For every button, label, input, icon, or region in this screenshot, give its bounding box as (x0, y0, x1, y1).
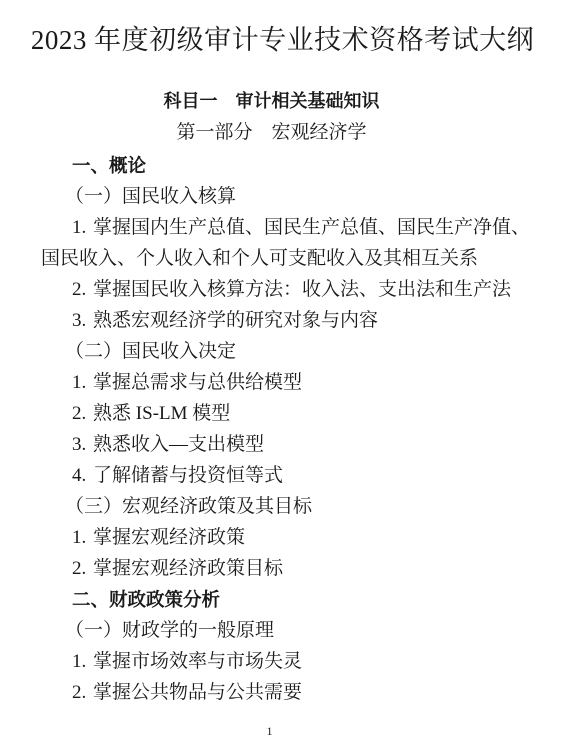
item-number: 4. (72, 460, 93, 491)
item-number: 2. (72, 677, 93, 708)
document-page: 2023 年度初级审计专业技术资格考试大纲 科目一 审计相关基础知识 第一部分 … (0, 0, 565, 742)
item-number: 3. (72, 429, 93, 460)
item-text: 掌握总需求与总供给模型 (93, 372, 302, 393)
item-text: 了解储蓄与投资恒等式 (93, 465, 283, 486)
subsection-heading: （一）国民收入核算 (41, 181, 524, 212)
subsection-heading: （二）国民收入决定 (41, 336, 524, 367)
item-text: 掌握宏观经济政策目标 (93, 558, 283, 579)
page-number: 1 (0, 723, 539, 739)
item-number: 1. (72, 367, 93, 398)
outline-item: 1.掌握市场效率与市场失灵 (41, 646, 524, 677)
section-heading-2: 二、财政政策分析 (41, 584, 524, 615)
outline-item: 1.掌握国内生产总值、国民生产总值、国民生产净值、 (41, 212, 524, 243)
outline-item: 3.熟悉收入—支出模型 (41, 429, 524, 460)
subsection-heading: （一）财政学的一般原理 (41, 615, 524, 646)
item-text: 掌握国内生产总值、国民生产总值、国民生产净值、 (93, 217, 530, 238)
item-text: 掌握宏观经济政策 (93, 527, 245, 548)
outline-item: 3.熟悉宏观经济学的研究对象与内容 (41, 305, 524, 336)
item-number: 2. (72, 398, 93, 429)
item-number: 1. (72, 212, 93, 243)
item-number: 3. (72, 305, 93, 336)
item-text: 熟悉收入—支出模型 (93, 434, 264, 455)
item-text: 熟悉宏观经济学的研究对象与内容 (93, 310, 378, 331)
part-heading: 第一部分 宏观经济学 (0, 120, 543, 145)
item-number: 2. (72, 553, 93, 584)
item-number: 1. (72, 646, 93, 677)
outline-item: 4.了解储蓄与投资恒等式 (41, 460, 524, 491)
outline-content: 一、概论 （一）国民收入核算 1.掌握国内生产总值、国民生产总值、国民生产净值、… (41, 150, 524, 708)
section-heading-1: 一、概论 (41, 150, 524, 181)
outline-item: 2.掌握国民收入核算方法：收入法、支出法和生产法 (41, 274, 524, 305)
outline-item: 2.掌握公共物品与公共需要 (41, 677, 524, 708)
outline-item: 1.掌握宏观经济政策 (41, 522, 524, 553)
page-title: 2023 年度初级审计专业技术资格考试大纲 (0, 22, 565, 58)
item-number: 2. (72, 274, 93, 305)
outline-item: 2.熟悉 IS-LM 模型 (41, 398, 524, 429)
item-text: 掌握公共物品与公共需要 (93, 682, 302, 703)
outline-item: 1.掌握总需求与总供给模型 (41, 367, 524, 398)
item-number: 1. (72, 522, 93, 553)
item-text: 熟悉 IS-LM 模型 (93, 403, 230, 424)
subsection-heading: （三）宏观经济政策及其目标 (41, 491, 524, 522)
item-text: 掌握国民收入核算方法：收入法、支出法和生产法 (93, 279, 511, 300)
item-text: 掌握市场效率与市场失灵 (93, 651, 302, 672)
subject-heading: 科目一 审计相关基础知识 (0, 89, 543, 113)
outline-item-continuation: 国民收入、个人收入和个人可支配收入及其相互关系 (41, 243, 524, 274)
outline-item: 2.掌握宏观经济政策目标 (41, 553, 524, 584)
